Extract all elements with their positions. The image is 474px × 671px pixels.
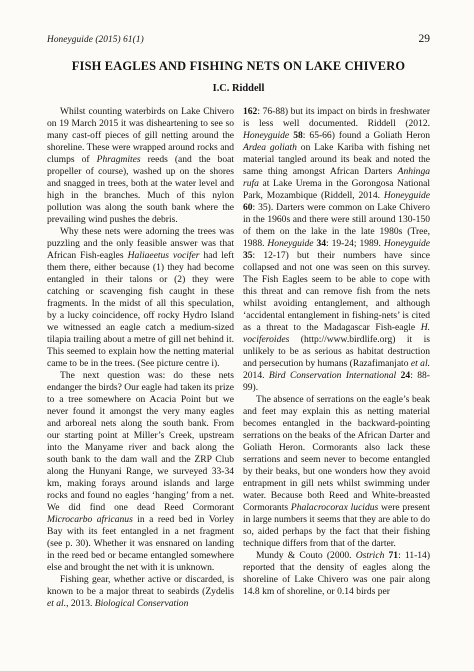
article-author: I.C. Riddell — [47, 83, 430, 94]
journal-reference: Honeyguide (2015) 61(1) — [47, 35, 144, 45]
paragraph: Mundy & Couto (2000. Ostrich 71: 11-14) … — [243, 550, 430, 598]
paragraph: The absence of serrations on the eagle’s… — [243, 394, 430, 550]
page-header: Honeyguide (2015) 61(1) 29 — [47, 33, 430, 45]
article-title: FISH EAGLES AND FISHING NETS ON LAKE CHI… — [47, 59, 430, 74]
paragraph: Why these nets were adorning the trees w… — [47, 226, 234, 370]
paragraph: The next question was: do these nets end… — [47, 370, 234, 574]
page-number: 29 — [419, 33, 431, 45]
left-column: Whilst counting waterbirds on Lake Chive… — [47, 106, 234, 610]
paragraph: Fishing gear, whether active or discarde… — [47, 574, 234, 610]
document-page: Honeyguide (2015) 61(1) 29 FISH EAGLES A… — [0, 0, 474, 671]
right-column: 162: 76-88) but its impact on birds in f… — [243, 106, 430, 610]
paragraph: Whilst counting waterbirds on Lake Chive… — [47, 106, 234, 226]
paragraph: 162: 76-88) but its impact on birds in f… — [243, 106, 430, 394]
text-columns: Whilst counting waterbirds on Lake Chive… — [47, 106, 430, 610]
